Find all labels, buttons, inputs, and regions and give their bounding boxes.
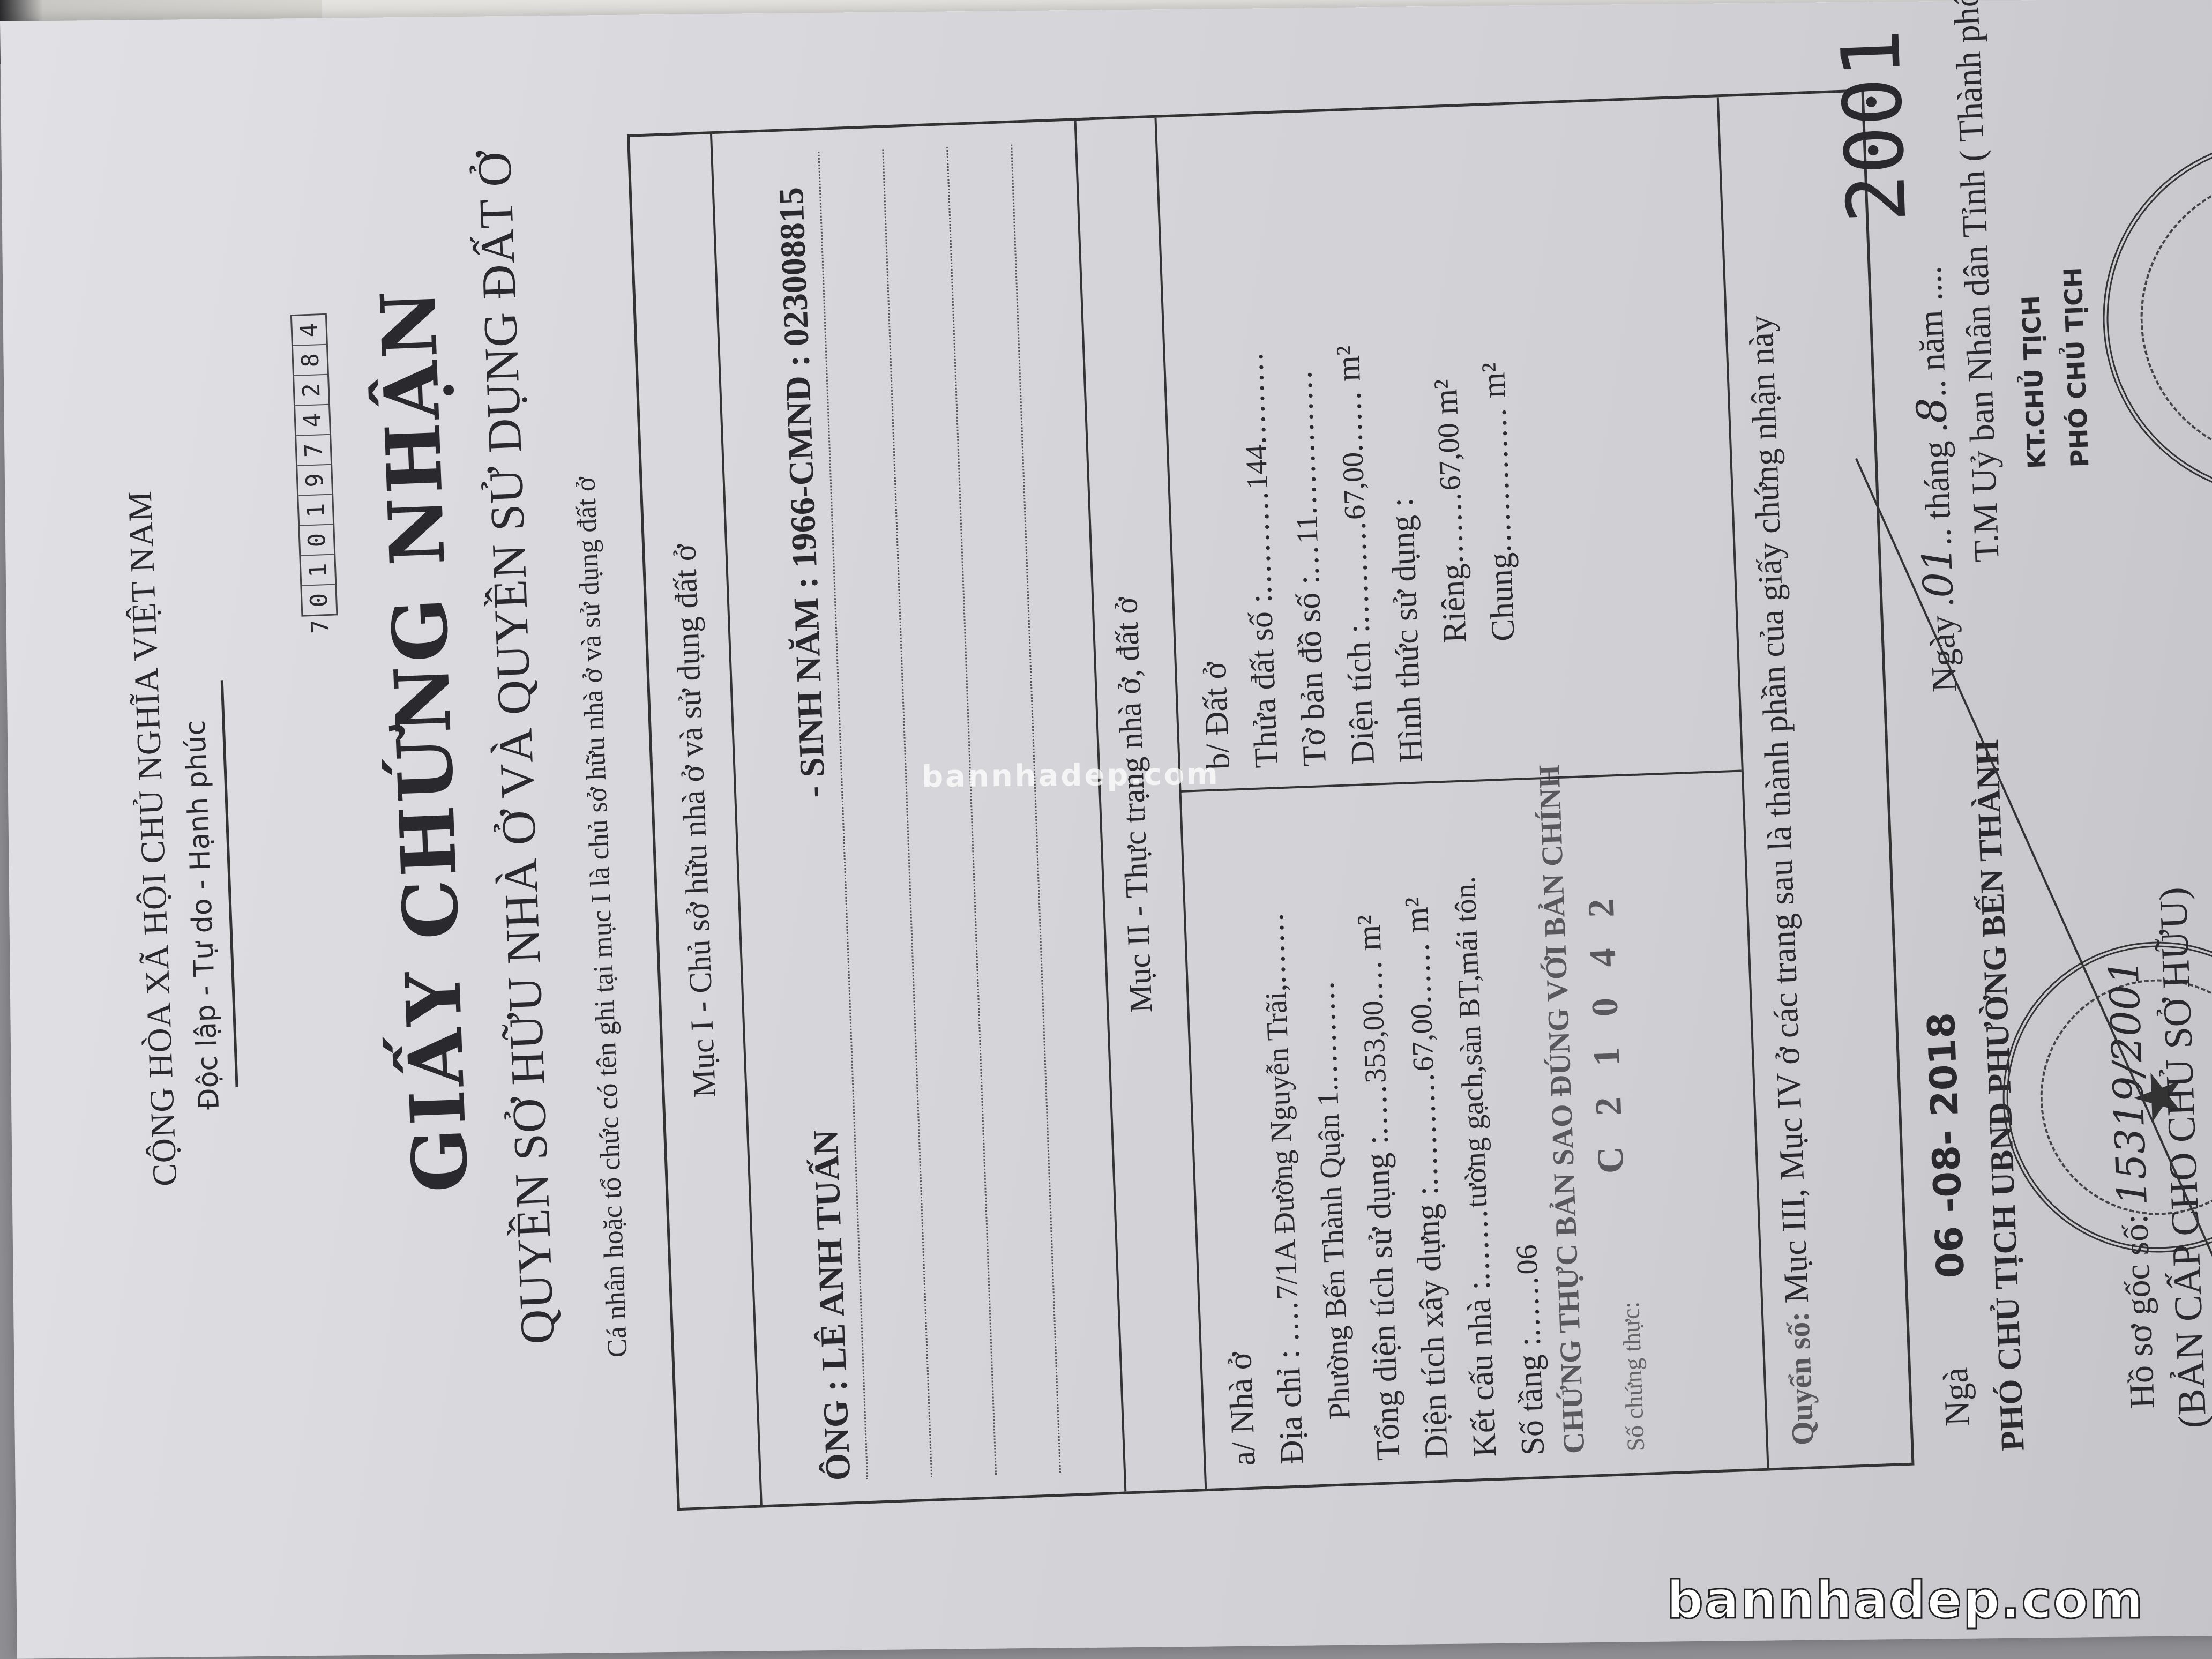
house-build-area-value: 67,00 xyxy=(1404,1003,1440,1072)
house-total-area-value: 353,00 xyxy=(1356,1000,1393,1083)
column-divider xyxy=(1179,770,1741,793)
national-title: CỘNG HÒA XÃ HỘI CHỦ NGHĨA VIỆT NAM xyxy=(120,490,185,1187)
signer-role: PHÓ CHỦ TỊCH xyxy=(2058,267,2095,468)
watermark-corner: bannhadep.com xyxy=(1667,1570,2144,1630)
land-plot: Thửa đất số :..........144......... xyxy=(1233,350,1287,768)
cert-number: C 2 1 0 4 2 xyxy=(1580,887,1633,1175)
certification-date: Ngà 06 -08- 2018 xyxy=(1919,1012,1978,1427)
land-private-value: 67,00 xyxy=(1432,422,1468,491)
issue-year: 2001 xyxy=(1824,27,1924,224)
serial-digit: 0 xyxy=(300,524,334,555)
serial-digit: 2 xyxy=(294,374,328,405)
land-shared: Chung.............. m² xyxy=(1475,362,1523,642)
serial-digit: 4 xyxy=(292,315,326,345)
land-area-value: 67,00 xyxy=(1336,452,1372,520)
owner-name: ÔNG : LÊ ANH TUẤN xyxy=(806,1129,858,1481)
certificate-document: CỘNG HÒA XÃ HỘI CHỦ NGHĨA VIỆT NAM Độc l… xyxy=(56,1,2148,1628)
original-file-number-value: 15319/2001 xyxy=(2099,958,2156,1207)
house-address-2: Phường Bến Thành Quận 1........... xyxy=(1304,978,1358,1420)
serial-digit: 4 xyxy=(295,404,330,435)
watermark-center: bannhadep.com xyxy=(922,757,1220,795)
certificate-intro: Cá nhân hoặc tổ chức có tên ghi tại mục … xyxy=(570,476,633,1358)
land-map: Tờ bản đồ số :...11.............. xyxy=(1282,368,1334,767)
dotted-line xyxy=(882,149,932,1477)
house-floors: Số tầng :......06 xyxy=(1507,1244,1552,1456)
land-plot-value: 144 xyxy=(1239,444,1274,490)
owner-line: ÔNG : LÊ ANH TUẤN- SINH NĂM : 1966-CMND … xyxy=(771,186,859,1482)
land-heading: b/ Đất ở xyxy=(1196,661,1238,771)
serial-number: 7 0 1 0 1 9 7 4 2 8 4 xyxy=(290,313,339,634)
dotted-line xyxy=(1011,145,1061,1473)
certificate-form: Mục I - Chủ sở hữu nhà ở và sử dụng đất … xyxy=(627,89,1915,1511)
serial-prefix: 7 xyxy=(306,619,334,634)
house-floors-value: 06 xyxy=(1510,1244,1544,1275)
land-usage: Hình thức sử dụng : xyxy=(1383,497,1431,764)
certificate-title: GIẤY CHỨNG NHẬN xyxy=(364,285,485,1194)
house-build-area: Diện tích xây dựng :...........67,00....… xyxy=(1398,896,1456,1460)
house-structure-value: tường gạch,sàn BT,mái tôn. xyxy=(1448,876,1494,1208)
issue-month: 8 xyxy=(1908,397,1956,424)
serial-digit: 9 xyxy=(297,464,332,495)
city-seal: ★ xyxy=(2096,132,2212,504)
header-rule xyxy=(221,680,238,1087)
certificate-sheet: CỘNG HÒA XÃ HỘI CHỦ NGHĨA VIỆT NAM Độc l… xyxy=(0,0,2212,1659)
serial-boxes: 0 1 0 1 9 7 4 2 8 4 xyxy=(290,313,338,617)
house-structure: Kết cấu nhà :.......tường gạch,sàn BT,má… xyxy=(1445,876,1505,1458)
serial-digit: 7 xyxy=(296,434,331,465)
certification-date-stamp: 06 -08- 2018 xyxy=(1919,1012,1973,1279)
land-private: Riêng.......67,00 m² xyxy=(1427,378,1475,644)
serial-digit: 1 xyxy=(301,554,335,585)
land-map-value: 11 xyxy=(1290,514,1325,544)
footer-row: Quyển số: Mục III, Mục IV ở các trang sa… xyxy=(1741,315,1822,1446)
issue-day: 01 xyxy=(1913,545,1962,599)
serial-digit: 0 xyxy=(302,584,336,615)
house-heading: a/ Nhà ở xyxy=(1221,1351,1264,1466)
land-area: Diện tích :..........67,00...... m² xyxy=(1329,345,1382,765)
signer-role-kt: KT.CHỦ TỊCH xyxy=(2016,295,2052,469)
dotted-line xyxy=(946,147,997,1475)
national-motto: Độc lập - Tự do - Hạnh phúc xyxy=(179,720,226,1110)
house-address-line1: 7/1A Đường Nguyễn Trãi, xyxy=(1259,984,1304,1301)
house-total-area: Tổng diện tích sử dụng :.....353,00.... … xyxy=(1350,914,1408,1461)
section1-heading: Mục I - Chủ sở hữu nhà ở và sử dụng đất … xyxy=(651,135,738,1507)
star-icon: ★ xyxy=(2135,170,2212,465)
serial-digit: 8 xyxy=(293,344,327,375)
serial-digit: 1 xyxy=(298,494,333,525)
cert-number-label: Số chứng thực: xyxy=(1616,1301,1650,1452)
house-address: Địa chỉ : ....7/1A Đường Nguyễn Trãi,...… xyxy=(1253,910,1312,1464)
issue-date: Ngày .01.. tháng .8.. năm .... xyxy=(1903,265,1966,693)
section2-heading: Mục II - Thực trạng nhà ở, đất ở xyxy=(1090,119,1178,1491)
